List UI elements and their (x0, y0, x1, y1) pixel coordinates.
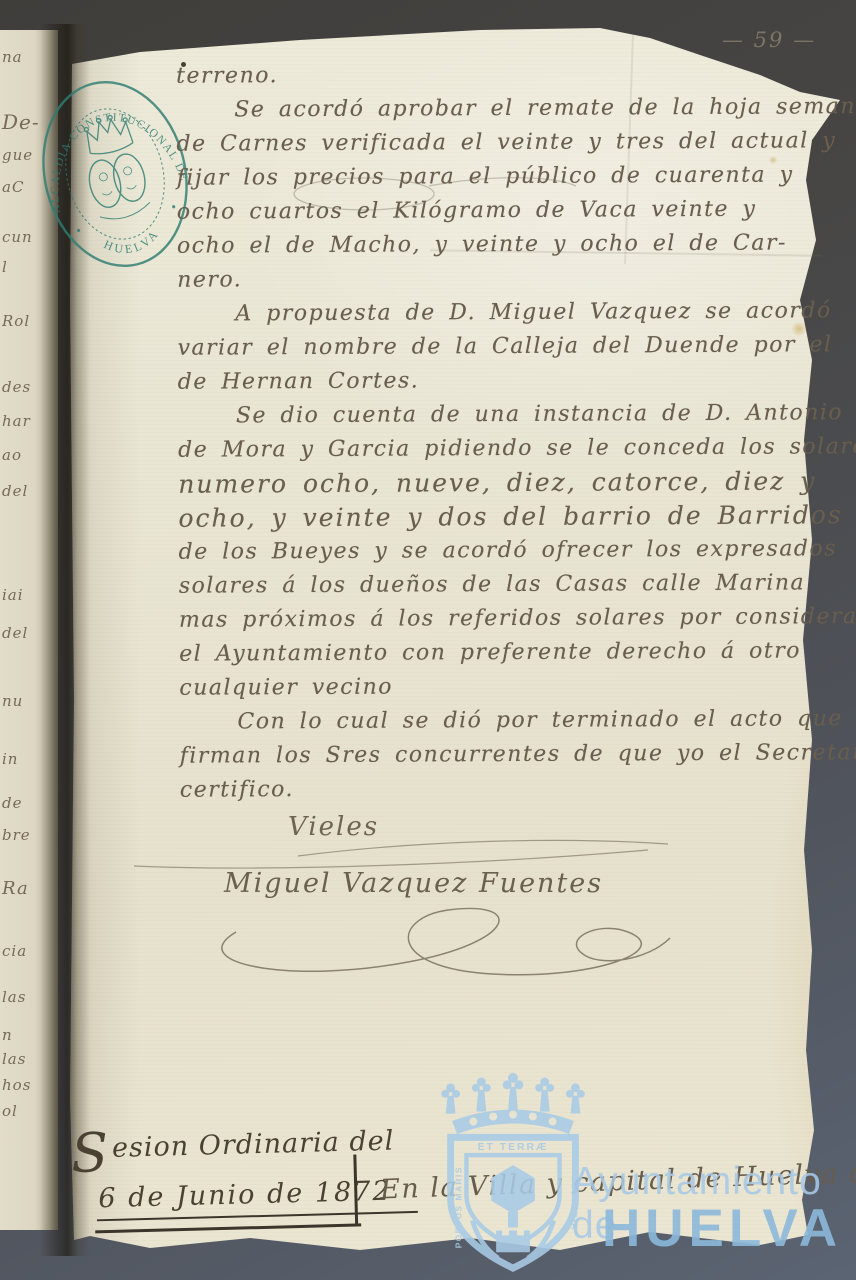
manuscript-line: solares á los dueños de las Casas calle … (179, 566, 831, 603)
manuscript-line: variar el nombre de la Calleja del Duend… (177, 328, 829, 365)
manuscript-line: cualquier vecino (179, 668, 831, 705)
facing-fragment: bre (2, 826, 31, 844)
facing-fragment: las (2, 1050, 26, 1068)
manuscript-line: Se acordó aprobar el remate de la hoja s… (176, 90, 828, 127)
scanned-manuscript-page: na De- gue aC cun l Rol des har ao del i… (0, 0, 856, 1280)
facing-fragment: Ra (2, 878, 29, 899)
signature-underline-flourish (128, 832, 698, 872)
manuscript-line: terreno. (176, 56, 828, 93)
session-note: Sesion Ordinaria del 6 de Junio de 1872 (67, 1122, 380, 1242)
manuscript-line: firman los Sres concurrentes de que yo e… (180, 736, 832, 773)
facing-fragment: aC (2, 178, 24, 196)
facing-fragment: cia (2, 942, 27, 960)
manuscript-body: terreno. Se acordó aprobar el remate de … (176, 56, 832, 807)
manuscript-line: de los Bueyes y se acordó ofrecer los ex… (179, 532, 831, 569)
facing-fragment: gue (2, 146, 33, 164)
facing-fragment: ol (2, 1102, 18, 1120)
page-number: — 59 — (722, 28, 816, 52)
manuscript-line: Con lo cual se dió por terminado el acto… (179, 702, 831, 739)
session-note-border-bottom (95, 1223, 361, 1233)
facing-fragment: har (2, 412, 31, 430)
facing-fragment: des (2, 378, 31, 396)
manuscript-line: mas próximos á los referidos solares por… (179, 600, 831, 637)
facing-fragment: n (2, 1026, 13, 1044)
facing-fragment: na (2, 48, 23, 66)
facing-fragment: hos (2, 1076, 31, 1094)
facing-fragment: Rol (2, 312, 30, 330)
facing-fragment: del (2, 624, 28, 642)
manuscript-line: A propuesta de D. Miguel Vazquez se acor… (177, 294, 829, 331)
manuscript-line: el Ayuntamiento con preferente derecho á… (179, 634, 831, 671)
facing-fragment: iai (2, 586, 24, 604)
manuscript-line: certifico. (180, 770, 832, 807)
facing-fragment: cun (2, 228, 33, 246)
stamp-shields (85, 151, 153, 224)
manuscript-line: de Hernan Cortes. (178, 362, 830, 399)
municipal-stamp: ALCALDIA CONSTITUCIONAL DE HUELVA (40, 74, 190, 274)
manuscript-line: Se dio cuenta de una instancia de D. Ant… (178, 396, 830, 433)
manuscript-line: fijar los precios para el público de cua… (177, 158, 829, 195)
session-note-line2: 6 de Junio de 1872 (96, 1175, 418, 1221)
manuscript-line: de Carnes verificada el veinte y tres de… (176, 124, 828, 161)
facing-fragment: del (2, 482, 28, 500)
manuscript-line: numero ocho, nueve, diez, catorce, diez … (178, 464, 830, 501)
session-note-line1: Sesion Ordinaria del (71, 1126, 378, 1174)
facing-fragment: ao (2, 446, 22, 464)
facing-fragment: de (2, 794, 22, 812)
manuscript-line: nero. (177, 260, 829, 297)
facing-fragment: nu (2, 692, 23, 710)
signature-second: Miguel Vazquez Fuentes (224, 868, 603, 899)
facing-fragment: in (2, 750, 18, 768)
manuscript-line: ocho cuartos el Kilógramo de Vaca veinte… (177, 192, 829, 229)
manuscript-line: ocho el de Macho, y veinte y ocho el de … (177, 226, 829, 263)
facing-fragment: las (2, 988, 26, 1006)
facing-fragment: De- (2, 110, 40, 134)
signature-rubric-flourish (196, 898, 716, 988)
facing-fragment: l (2, 258, 8, 276)
manuscript-line: de Mora y Garcia pidiendo se le conceda … (178, 430, 830, 467)
manuscript-line: ocho, y veinte y dos del barrio de Barri… (178, 498, 830, 535)
